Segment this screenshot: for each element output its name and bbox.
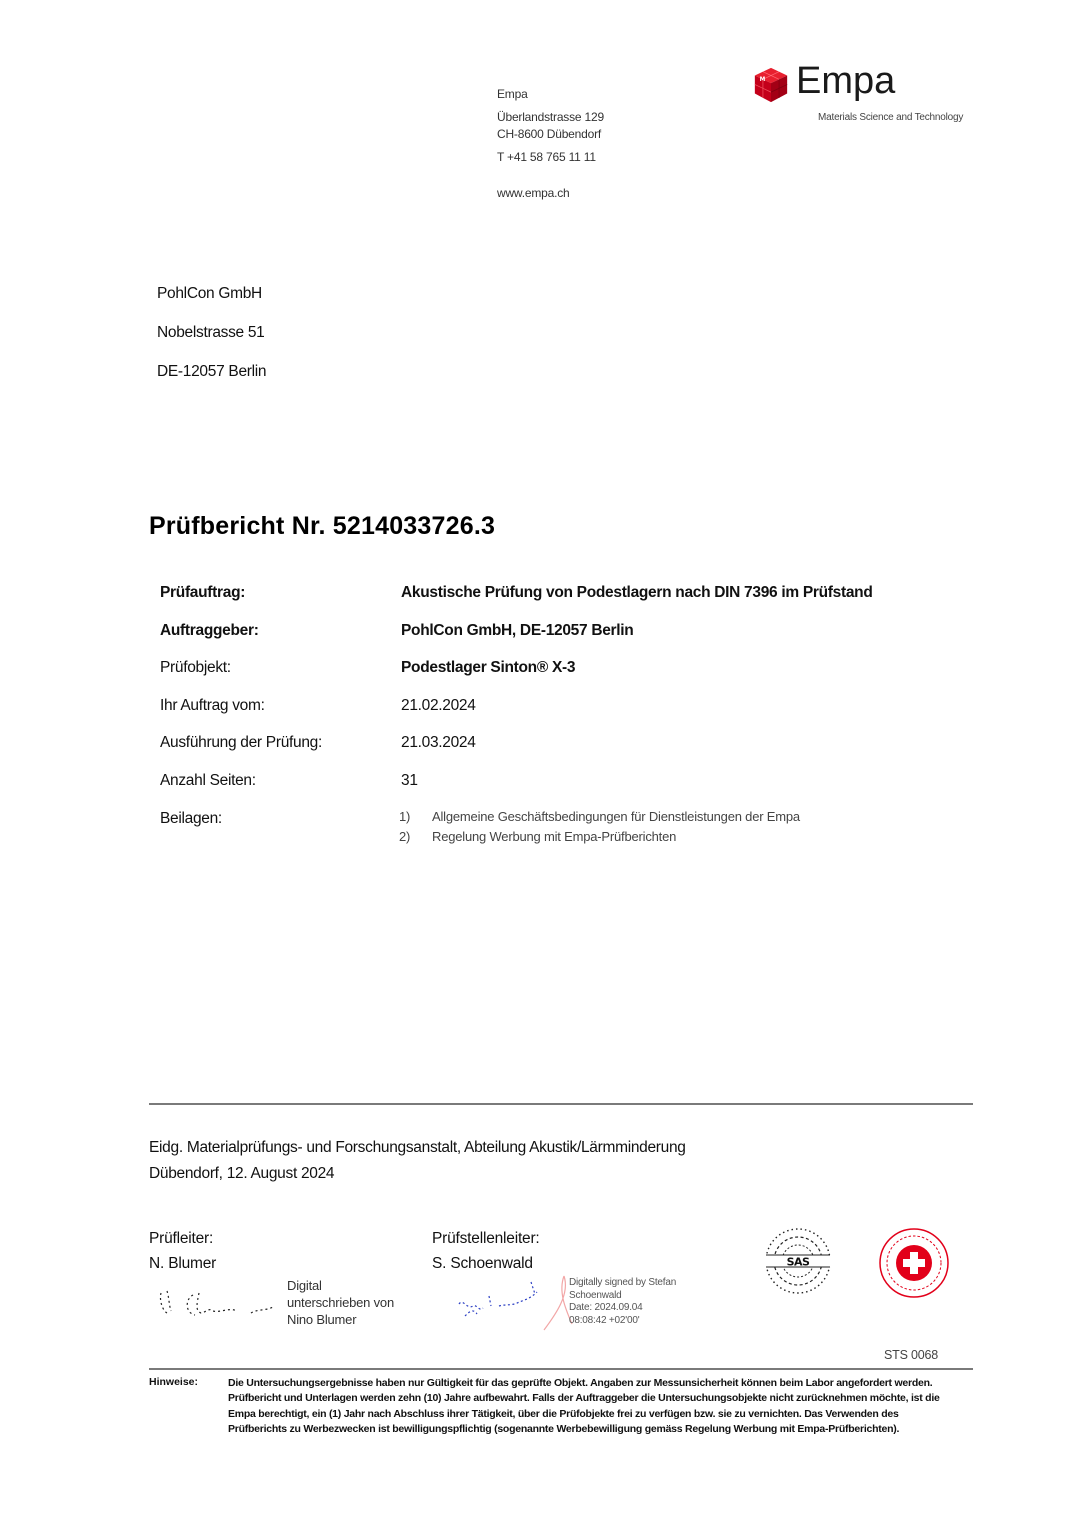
info-label: Prüfobjekt:	[160, 659, 231, 677]
swiss-accreditation-seal-icon	[877, 1226, 951, 1300]
red-cube-icon: M	[752, 66, 790, 104]
attachments-list: 1)Allgemeine Geschäftsbedingungen für Di…	[399, 807, 800, 847]
sender-address: Empa Überlandstrasse 129 CH-8600 Dübendo…	[497, 86, 604, 202]
signature-role: Prüfstellenleiter:	[432, 1226, 540, 1251]
info-label: Prüfauftrag:	[160, 584, 245, 602]
info-label: Ihr Auftrag vom:	[160, 697, 265, 715]
info-value: Akustische Prüfung von Podestlagern nach…	[401, 584, 872, 602]
place-date: Dübendorf, 12. August 2024	[149, 1161, 686, 1187]
signature-name: S. Schoenwald	[432, 1251, 540, 1276]
sender-website[interactable]: www.empa.ch	[497, 185, 604, 202]
sts-number: STS 0068	[884, 1348, 938, 1362]
info-value: 21.03.2024	[401, 734, 476, 752]
recipient-city: DE-12057 Berlin	[157, 352, 266, 391]
recipient-address: PohlCon GmbH Nobelstrasse 51 DE-12057 Be…	[157, 274, 266, 391]
signature-left: Prüfleiter: N. Blumer	[149, 1226, 216, 1276]
attachment-item: 2)Regelung Werbung mit Empa-Prüfberichte…	[399, 827, 800, 847]
notes-text: Die Untersuchungsergebnisse haben nur Gü…	[228, 1376, 958, 1437]
divider	[149, 1368, 973, 1370]
signature-role: Prüfleiter:	[149, 1226, 216, 1251]
divider	[149, 1103, 973, 1105]
digital-signature-note-left: Digital unterschrieben von Nino Blumer	[287, 1277, 394, 1328]
recipient-company: PohlCon GmbH	[157, 274, 266, 313]
recipient-street: Nobelstrasse 51	[157, 313, 266, 352]
signature-right: Prüfstellenleiter: S. Schoenwald	[432, 1226, 540, 1276]
accreditation-seal-icon: SAS	[763, 1226, 833, 1296]
svg-text:M: M	[760, 77, 766, 83]
sender-city: CH-8600 Dübendorf	[497, 126, 604, 143]
info-label: Ausführung der Prüfung:	[160, 734, 322, 752]
info-value: PohlCon GmbH, DE-12057 Berlin	[401, 622, 633, 640]
report-title: Prüfbericht Nr. 5214033726.3	[149, 512, 495, 541]
sender-phone: T +41 58 765 11 11	[497, 149, 604, 166]
sender-street: Überlandstrasse 129	[497, 109, 604, 126]
signature-name: N. Blumer	[149, 1251, 216, 1276]
institute-name: Eidg. Materialprüfungs- und Forschungsan…	[149, 1135, 686, 1161]
info-label: Beilagen:	[160, 810, 222, 828]
logo-wordmark: Empa	[796, 60, 895, 103]
logo-tagline: Materials Science and Technology	[818, 112, 963, 123]
institute-block: Eidg. Materialprüfungs- und Forschungsan…	[149, 1135, 686, 1187]
info-value: 31	[401, 772, 418, 790]
digital-signature-note-right: Digitally signed by Stefan Schoenwald Da…	[569, 1277, 676, 1327]
info-value: 21.02.2024	[401, 697, 476, 715]
notes-label: Hinweise:	[149, 1376, 198, 1388]
attachment-item: 1)Allgemeine Geschäftsbedingungen für Di…	[399, 807, 800, 827]
info-label: Anzahl Seiten:	[160, 772, 256, 790]
info-label: Auftraggeber:	[160, 622, 259, 640]
handwritten-signature-icon	[155, 1283, 285, 1323]
info-value: Podestlager Sinton® X-3	[401, 659, 575, 677]
empa-logo: M Empa Materials Science and Technology	[752, 64, 992, 128]
sender-name: Empa	[497, 86, 604, 103]
